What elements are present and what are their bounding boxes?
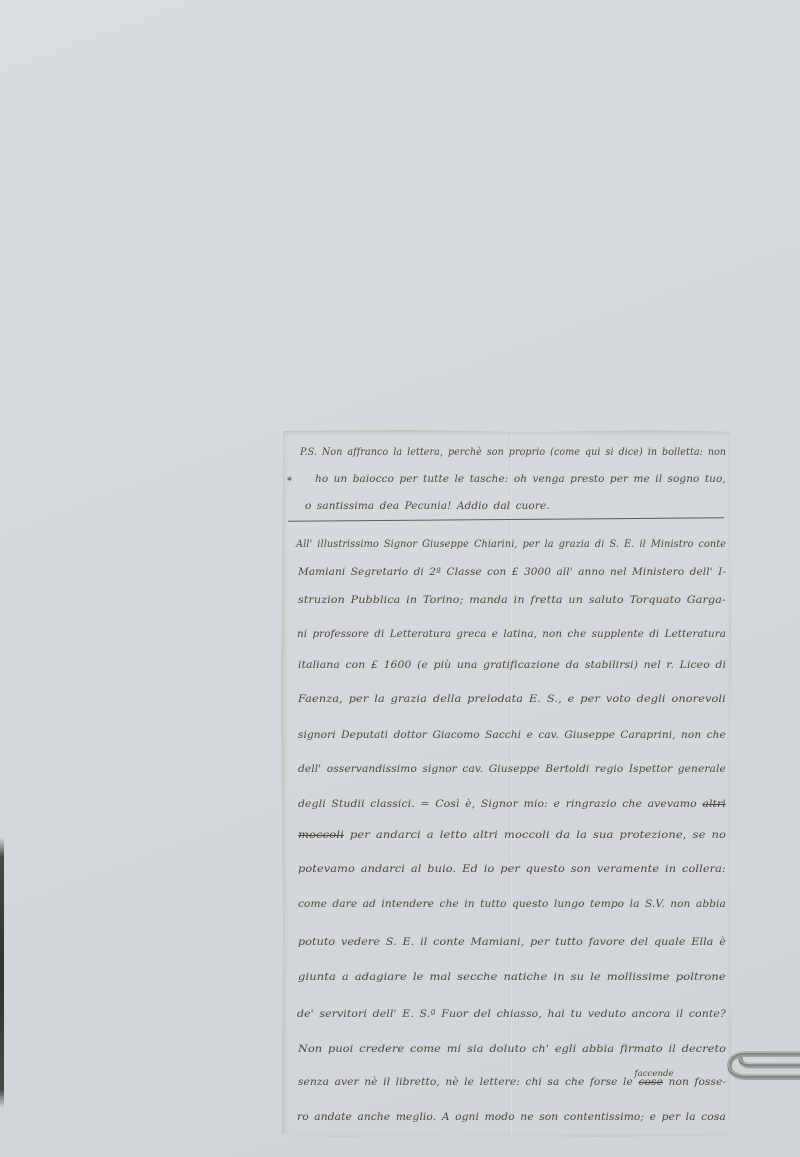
handwritten-line: dell' osservandissimo signor cav. Giusep…	[298, 762, 726, 777]
handwritten-text: ni professore di Letteratura greca e lat…	[297, 628, 726, 640]
scan-edge-shadow	[0, 838, 4, 1108]
letter-paper: * P.S. Non affranco la lettera, perchè s…	[281, 430, 731, 1137]
divider-rule	[288, 517, 724, 521]
handwritten-text: ro andate anche meglio. A ogni modo ne s…	[297, 1111, 726, 1123]
handwritten-line: potuto vedere S. E. il conte Mamiani, pe…	[298, 935, 726, 950]
paperclip-icon	[722, 1042, 800, 1086]
handwritten-line: P.S. Non affranco la lettera, perchè son…	[300, 445, 726, 460]
handwritten-line: come dare ad intendere che in tutto ques…	[298, 897, 726, 912]
handwritten-text: o santissima dea Pecunia! Addio dal cuor…	[305, 500, 550, 512]
scanned-letter-photo: * P.S. Non affranco la lettera, perchè s…	[0, 0, 800, 1157]
handwritten-line: signori Deputati dottor Giacomo Sacchi e…	[298, 728, 726, 743]
handwritten-line: ni professore di Letteratura greca e lat…	[297, 627, 726, 642]
handwritten-text: P.S. Non affranco la lettera, perchè son…	[300, 446, 726, 458]
handwritten-line: ho un baiocco per tutte le tasche: oh ve…	[315, 472, 726, 487]
handwritten-line: Mamiani Segretario di 2ª Classe con £ 30…	[298, 565, 726, 580]
handwritten-text: dell' osservandissimo signor cav. Giusep…	[298, 763, 726, 775]
handwritten-line: degli Studii classici. = Così è, Signor …	[298, 797, 726, 812]
handwritten-text: italiana con £ 1600 (e più una gratifica…	[298, 659, 726, 671]
handwritten-text: Non puoi credere come mi sia doluto ch' …	[298, 1043, 726, 1055]
handwritten-text: potevamo andarci al buio. Ed io per ques…	[298, 863, 726, 875]
handwritten-text: All' illustrissimo Signor Giuseppe Chiar…	[296, 538, 726, 550]
handwritten-line: struzion Pubblica in Torino; manda in fr…	[298, 593, 726, 608]
handwritten-text: per andarci a letto altri moccoli da la …	[344, 829, 726, 841]
handwritten-text: Faenza, per la grazia della prelodata E.…	[298, 693, 726, 705]
handwritten-line: italiana con £ 1600 (e più una gratifica…	[298, 658, 726, 673]
struck-word: altri	[702, 798, 725, 810]
handwritten-text: ho un baiocco per tutte le tasche: oh ve…	[315, 473, 726, 485]
handwritten-text: signori Deputati dottor Giacomo Sacchi e…	[298, 729, 726, 741]
handwritten-text: potuto vedere S. E. il conte Mamiani, pe…	[298, 936, 726, 948]
correction-anchor: cosefaccende	[638, 1076, 663, 1088]
handwritten-text: struzion Pubblica in Torino; manda in fr…	[298, 594, 726, 606]
handwritten-line: ro andate anche meglio. A ogni modo ne s…	[297, 1110, 726, 1125]
handwritten-line: senza aver nè il libretto, nè le lettere…	[298, 1075, 726, 1090]
handwritten-line: potevamo andarci al buio. Ed io per ques…	[298, 862, 726, 877]
handwritten-line: o santissima dea Pecunia! Addio dal cuor…	[305, 499, 550, 514]
handwritten-line: Non puoi credere come mi sia doluto ch' …	[298, 1042, 726, 1057]
handwritten-line: Faenza, per la grazia della prelodata E.…	[298, 692, 726, 707]
handwritten-line: moccoli per andarci a letto altri moccol…	[298, 828, 726, 843]
handwritten-text: senza aver nè il libretto, nè le lettere…	[298, 1076, 638, 1088]
handwritten-text: degli Studii classici. = Così è, Signor …	[298, 798, 702, 810]
handwritten-text: de' servitori dell' E. S.ª Fuor del chia…	[297, 1008, 726, 1020]
handwritten-line: All' illustrissimo Signor Giuseppe Chiar…	[296, 537, 726, 552]
handwritten-text: giunta a adagiare le mal secche natiche …	[298, 971, 726, 983]
handwritten-line: giunta a adagiare le mal secche natiche …	[298, 970, 726, 985]
handwritten-line: de' servitori dell' E. S.ª Fuor del chia…	[297, 1007, 726, 1022]
handwritten-text: Mamiani Segretario di 2ª Classe con £ 30…	[298, 566, 726, 578]
margin-asterisk: *	[287, 476, 292, 487]
struck-word: moccoli	[298, 829, 344, 841]
handwritten-text: come dare ad intendere che in tutto ques…	[298, 898, 726, 910]
inserted-word: faccende	[634, 1067, 673, 1082]
